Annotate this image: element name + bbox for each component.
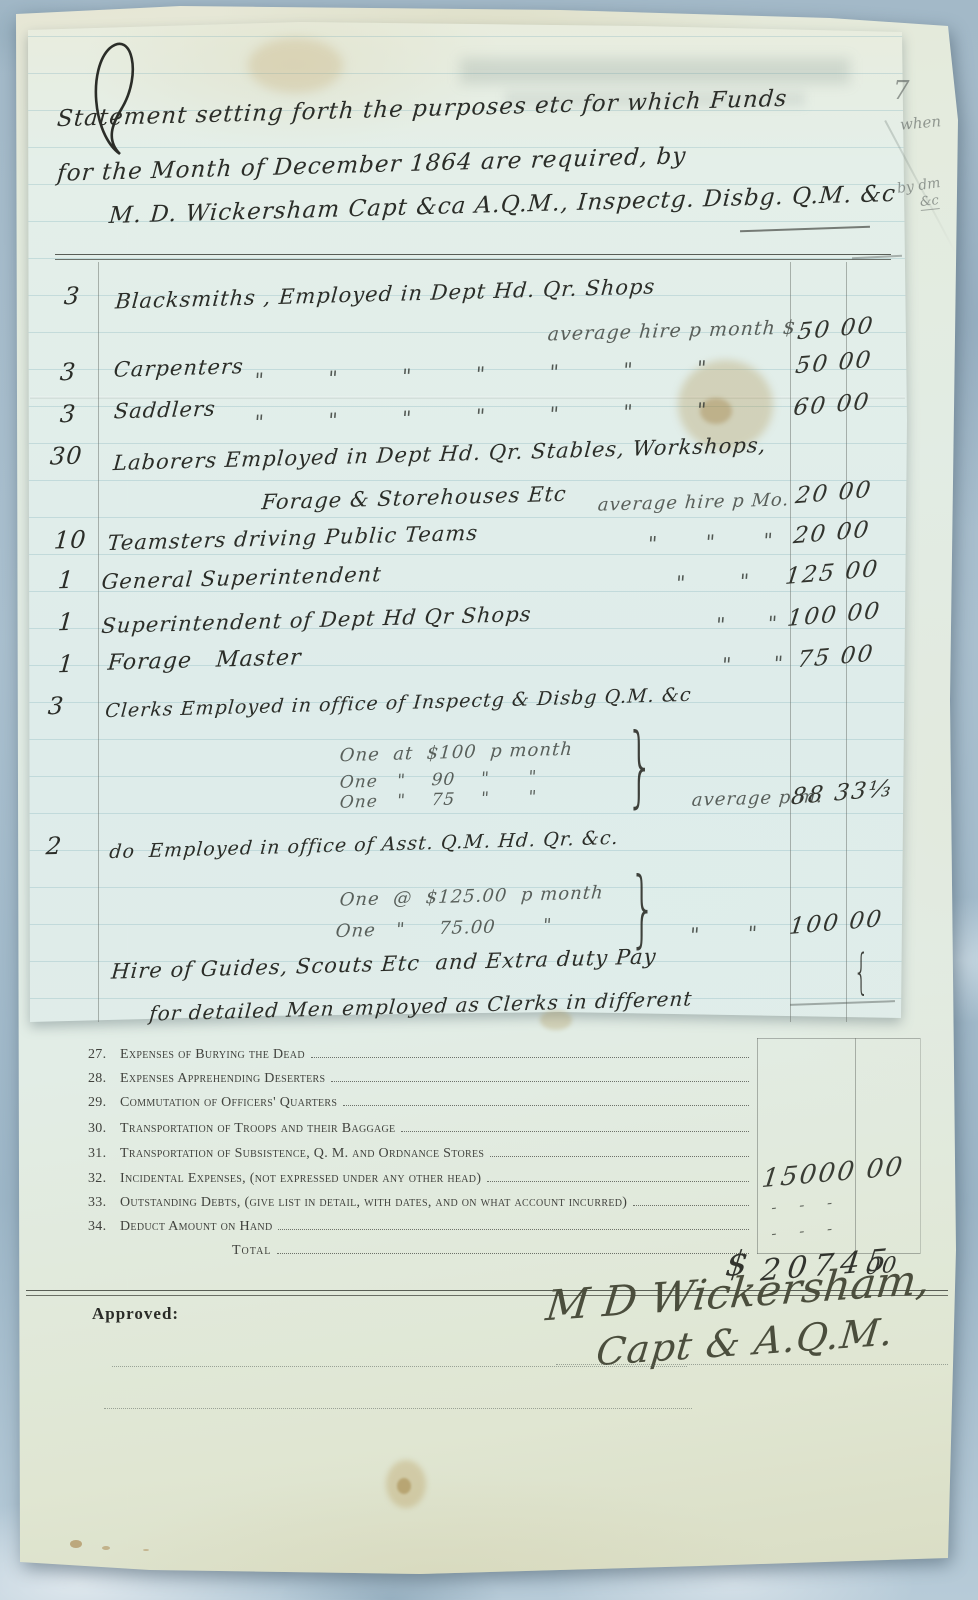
leader-dots (401, 1120, 749, 1132)
form-row: 27. Expenses of Burying the Dead (88, 1046, 752, 1063)
approved-label: Approved: (92, 1304, 179, 1324)
leader-dots (487, 1170, 749, 1182)
ditto-marks: " " (689, 921, 759, 947)
form-column-rule (855, 1038, 856, 1254)
form-row-number: 33. (88, 1195, 120, 1211)
form-box-rule (757, 1038, 920, 1039)
row-qty: 1 (57, 566, 75, 594)
leader-dots (311, 1046, 749, 1058)
form-row-number: 32. (88, 1171, 120, 1187)
form-column-rule (920, 1038, 921, 1254)
ditto-marks: " " (715, 611, 779, 637)
form-row: 28. Expenses Apprehending Deserters (88, 1070, 752, 1087)
leader-dots (331, 1070, 749, 1082)
row-qty: 30 (49, 442, 84, 471)
stain (397, 1478, 411, 1494)
row-qty: 10 (53, 526, 88, 555)
total-label: Total (232, 1243, 271, 1259)
form-row-number: 31. (88, 1146, 120, 1162)
pencil-note: when (899, 112, 941, 134)
stain (248, 38, 343, 93)
grouping-brace: } (626, 722, 654, 810)
row-qty: 3 (47, 692, 65, 720)
form-row-number: 28. (88, 1071, 120, 1087)
ditto-marks: " " " (647, 528, 774, 555)
form-row: 33. Outstanding Debts, (give list in det… (88, 1194, 752, 1211)
form-row-label: Deduct Amount on Hand (120, 1219, 272, 1235)
grouping-brace: { (854, 948, 869, 996)
approval-signature-line (104, 1396, 692, 1409)
total-row: Total (232, 1242, 752, 1259)
leader-dots (343, 1094, 749, 1106)
form-row-number: 30. (88, 1121, 120, 1137)
leader-dots (278, 1218, 749, 1230)
row-desc: Carpenters (113, 354, 245, 382)
stain (70, 1540, 82, 1548)
form-row-label: Transportation of Subsistence, Q. M. and… (120, 1146, 484, 1162)
row-qty: 2 (45, 832, 63, 860)
row-qty: 3 (59, 358, 77, 386)
leader-dots (277, 1242, 749, 1254)
form-row-label: Expenses of Burying the Dead (120, 1047, 305, 1063)
column-rule (98, 262, 99, 1022)
form-column-rule (757, 1038, 758, 1254)
grouping-brace: } (629, 866, 656, 950)
form-row-number: 27. (88, 1047, 120, 1063)
row-qty: 1 (57, 608, 75, 636)
leader-dots (490, 1145, 749, 1157)
row-qty: 1 (57, 650, 75, 678)
form-row-number: 29. (88, 1095, 120, 1111)
document-photo: 7 when by dm &c Statement setting forth … (0, 0, 978, 1600)
form-row-label: Commutation of Officers' Quarters (120, 1095, 337, 1111)
flourish-initial (82, 36, 154, 161)
signature-line (556, 1352, 948, 1365)
column-rule (790, 262, 791, 1022)
form-row: 30. Transportation of Troops and their B… (88, 1120, 752, 1137)
row-qty: 3 (63, 282, 81, 310)
form-row: 34. Deduct Amount on Hand (88, 1218, 752, 1235)
pencil-note: &c (919, 193, 939, 211)
form-row-label: Transportation of Troops and their Bagga… (120, 1121, 395, 1137)
pencil-mark: 7 (893, 76, 910, 106)
ditto-marks: " " (721, 651, 785, 677)
form-row-number: 34. (88, 1219, 120, 1235)
ink-bleedthrough (460, 58, 850, 84)
form-row: 29. Commutation of Officers' Quarters (88, 1094, 752, 1111)
ditto-marks: " " (675, 569, 751, 595)
column-rule (846, 262, 847, 1022)
form-row: 31. Transportation of Subsistence, Q. M.… (88, 1145, 752, 1162)
row-desc: Saddlers (113, 397, 217, 424)
table-top-rule (55, 254, 891, 260)
form-row-label: Outstanding Debts, (give list in detail,… (120, 1195, 627, 1211)
row-qty: 3 (59, 400, 77, 428)
form-row: 32. Incidental Expenses, (not expressed … (88, 1170, 752, 1187)
leader-dots (633, 1194, 749, 1206)
form-row-label: Expenses Apprehending Deserters (120, 1071, 325, 1087)
form-row-label: Incidental Expenses, (not expressed unde… (120, 1171, 481, 1187)
